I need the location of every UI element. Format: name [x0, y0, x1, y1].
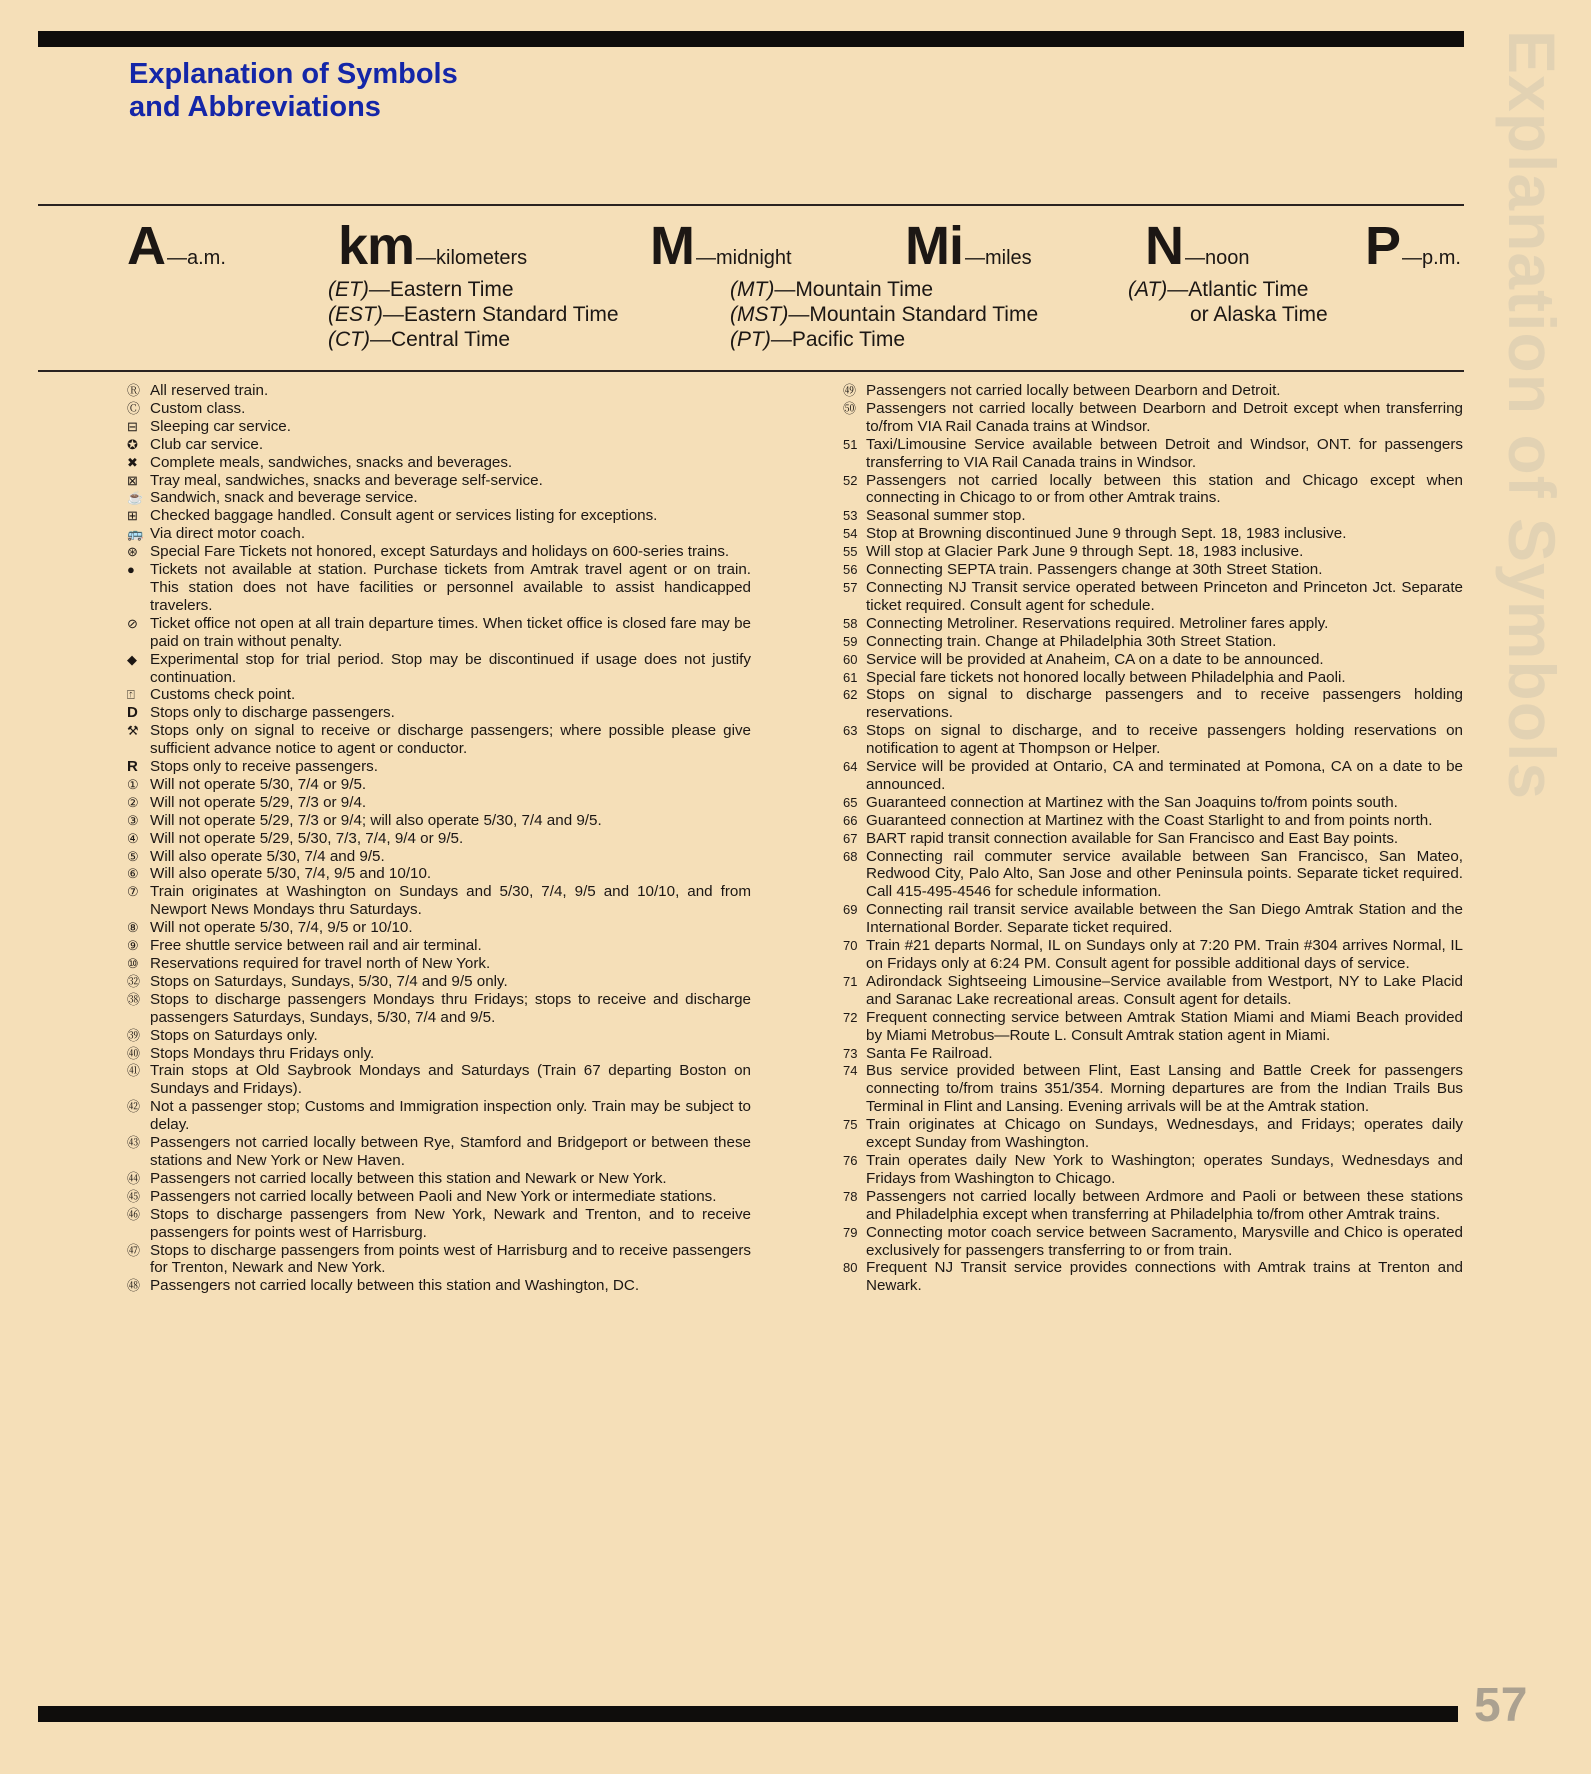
legend-item-text: Adirondack Sightseeing Limousine–Service…: [866, 973, 1463, 1009]
reserved-train-icon: Ⓡ: [127, 382, 150, 400]
legend-item: 51Taxi/Limousine Service available betwe…: [843, 436, 1463, 472]
legend-item: 68Connecting rail commuter service avail…: [843, 848, 1463, 902]
legend-item-text: Will not operate 5/29, 7/3 or 9/4.: [150, 794, 751, 812]
legend-item: ㊻Stops to discharge passengers from New …: [127, 1206, 751, 1242]
tz-ct: (CT)—Central Time: [328, 327, 619, 352]
legend-item-text: Stops to discharge passengers from New Y…: [150, 1206, 751, 1242]
legend-item-text: Stops only to receive passengers.: [150, 758, 751, 776]
legend-item: ⑦Train originates at Washington on Sunda…: [127, 883, 751, 919]
legend-item: 59Connecting train. Change at Philadelph…: [843, 633, 1463, 651]
legend-item-text: Connecting SEPTA train. Passengers chang…: [866, 561, 1463, 579]
legend-item: 71Adirondack Sightseeing Limousine–Servi…: [843, 973, 1463, 1009]
abbr-am: A —a.m.: [127, 218, 226, 274]
legend-item: ②Will not operate 5/29, 7/3 or 9/4.: [127, 794, 751, 812]
snack-cup-icon: ☕: [127, 489, 150, 507]
legend-item-text: Will not operate 5/30, 7/4, 9/5 or 10/10…: [150, 919, 751, 937]
note-63-icon: 63: [843, 722, 866, 758]
legend-item: ⊠Tray meal, sandwiches, snacks and bever…: [127, 472, 751, 490]
note-52-icon: 52: [843, 472, 866, 508]
legend-item: 58Connecting Metroliner. Reservations re…: [843, 615, 1463, 633]
note-48-icon: ㊽: [127, 1277, 150, 1295]
note-65-icon: 65: [843, 794, 866, 812]
legend-item: ⊟Sleeping car service.: [127, 418, 751, 436]
note-67-icon: 67: [843, 830, 866, 848]
legend-item: 66Guaranteed connection at Martinez with…: [843, 812, 1463, 830]
legend-item-text: Stop at Browning discontinued June 9 thr…: [866, 525, 1463, 543]
legend-item: 🚌Via direct motor coach.: [127, 525, 751, 543]
legend-item-text: Guaranteed connection at Martinez with t…: [866, 812, 1463, 830]
legend-item-text: Will not operate 5/29, 5/30, 7/3, 7/4, 9…: [150, 830, 751, 848]
legend-item-text: Train originates at Washington on Sunday…: [150, 883, 751, 919]
tz-mt: (MT)—Mountain Time: [730, 277, 1038, 302]
note-62-icon: 62: [843, 686, 866, 722]
top-rule-bar: [38, 31, 1464, 47]
legend-item-text: Sleeping car service.: [150, 418, 751, 436]
note-45-icon: ㊺: [127, 1188, 150, 1206]
ticket-office-icon: ⊘: [127, 615, 150, 651]
divider-bottom: [38, 370, 1464, 372]
abbr-meaning: —midnight: [696, 247, 792, 270]
legend-item: ①Will not operate 5/30, 7/4 or 9/5.: [127, 776, 751, 794]
note-42-icon: ㊷: [127, 1098, 150, 1134]
flag-stop-icon: ⚒: [127, 722, 150, 758]
abbr-symbol: A: [127, 218, 165, 274]
time-zones-atlantic-alaska: (AT)—Atlantic Time or Alaska Time: [1128, 277, 1328, 327]
custom-class-icon: Ⓒ: [127, 400, 150, 418]
note-73-icon: 73: [843, 1045, 866, 1063]
legend-item: ㊽Passengers not carried locally between …: [127, 1277, 751, 1295]
note-71-icon: 71: [843, 973, 866, 1009]
note-9-icon: ⑨: [127, 937, 150, 955]
note-1-icon: ①: [127, 776, 150, 794]
note-72-icon: 72: [843, 1009, 866, 1045]
legend-item-text: Complete meals, sandwiches, snacks and b…: [150, 454, 751, 472]
legend-item-text: Stops only on signal to receive or disch…: [150, 722, 751, 758]
letter-d-icon: D: [127, 704, 150, 722]
note-41-icon: ㊶: [127, 1062, 150, 1098]
symbols-list-right: ㊾Passengers not carried locally between …: [843, 382, 1463, 1295]
legend-item-text: Connecting rail commuter service availab…: [866, 848, 1463, 902]
legend-item-text: Will also operate 5/30, 7/4 and 9/5.: [150, 848, 751, 866]
abbr-midnight: M —midnight: [650, 218, 792, 274]
note-10-icon: ⑩: [127, 955, 150, 973]
legend-item: 56Connecting SEPTA train. Passengers cha…: [843, 561, 1463, 579]
abbr-miles: Mi —miles: [905, 218, 1032, 274]
note-44-icon: ㊹: [127, 1170, 150, 1188]
legend-item: ⍐Customs check point.: [127, 686, 751, 704]
legend-item-text: Passengers not carried locally between t…: [150, 1170, 751, 1188]
legend-item: ㉜Stops on Saturdays, Sundays, 5/30, 7/4 …: [127, 973, 751, 991]
legend-item: 69Connecting rail transit service availa…: [843, 901, 1463, 937]
legend-item: 62Stops on signal to discharge passenger…: [843, 686, 1463, 722]
note-46-icon: ㊻: [127, 1206, 150, 1242]
legend-item-text: Will stop at Glacier Park June 9 through…: [866, 543, 1463, 561]
legend-item-text: Stops to discharge passengers from point…: [150, 1242, 751, 1278]
side-title-watermark: Explanation of Symbols: [1490, 30, 1570, 910]
note-32-icon: ㉜: [127, 973, 150, 991]
note-68-icon: 68: [843, 848, 866, 902]
legend-item: ✪Club car service.: [127, 436, 751, 454]
motor-coach-icon: 🚌: [127, 525, 150, 543]
legend-item-text: Will not operate 5/30, 7/4 or 9/5.: [150, 776, 751, 794]
note-70-icon: 70: [843, 937, 866, 973]
note-60-icon: 60: [843, 651, 866, 669]
time-zones-eastern-central: (ET)—Eastern Time (EST)—Eastern Standard…: [328, 277, 619, 352]
note-55-icon: 55: [843, 543, 866, 561]
abbr-symbol: P: [1365, 218, 1400, 274]
legend-item: 54Stop at Browning discontinued June 9 t…: [843, 525, 1463, 543]
abbr-meaning: —miles: [965, 247, 1032, 270]
legend-item-text: BART rapid transit connection available …: [866, 830, 1463, 848]
legend-item-text: Passengers not carried locally between t…: [150, 1277, 751, 1295]
legend-item: 52Passengers not carried locally between…: [843, 472, 1463, 508]
note-43-icon: ㊸: [127, 1134, 150, 1170]
note-7-icon: ⑦: [127, 883, 150, 919]
note-74-icon: 74: [843, 1062, 866, 1116]
legend-item-text: All reserved train.: [150, 382, 751, 400]
legend-item: ⓇAll reserved train.: [127, 382, 751, 400]
legend-item-text: Bus service provided between Flint, East…: [866, 1062, 1463, 1116]
legend-item: 65Guaranteed connection at Martinez with…: [843, 794, 1463, 812]
legend-item-text: Passengers not carried locally between R…: [150, 1134, 751, 1170]
bottom-rule-bar: [38, 1706, 1458, 1722]
note-61-icon: 61: [843, 669, 866, 687]
club-car-icon: ✪: [127, 436, 150, 454]
tray-meal-icon: ⊠: [127, 472, 150, 490]
legend-item-text: Stops on signal to discharge, and to rec…: [866, 722, 1463, 758]
abbr-symbol: N: [1145, 218, 1183, 274]
abbr-km: km —kilometers: [338, 218, 527, 274]
legend-item-text: Passengers not carried locally between D…: [866, 382, 1463, 400]
legend-item-text: Stops on Saturdays only.: [150, 1027, 751, 1045]
legend-item-text: Connecting motor coach service between S…: [866, 1224, 1463, 1260]
legend-item: 80Frequent NJ Transit service provides c…: [843, 1259, 1463, 1295]
legend-item: ④Will not operate 5/29, 5/30, 7/3, 7/4, …: [127, 830, 751, 848]
abbr-noon: N —noon: [1145, 218, 1250, 274]
abbr-symbol: M: [650, 218, 694, 274]
legend-item: ⊞Checked baggage handled. Consult agent …: [127, 507, 751, 525]
note-56-icon: 56: [843, 561, 866, 579]
note-79-icon: 79: [843, 1224, 866, 1260]
legend-item-text: Free shuttle service between rail and ai…: [150, 937, 751, 955]
legend-item: ㊾Passengers not carried locally between …: [843, 382, 1463, 400]
legend-item: DStops only to discharge passengers.: [127, 704, 751, 722]
legend-item-text: Frequent connecting service between Amtr…: [866, 1009, 1463, 1045]
legend-item: 72Frequent connecting service between Am…: [843, 1009, 1463, 1045]
letter-r-icon: R: [127, 758, 150, 776]
note-53-icon: 53: [843, 507, 866, 525]
abbr-meaning: —p.m.: [1402, 247, 1461, 270]
legend-item-text: Service will be provided at Ontario, CA …: [866, 758, 1463, 794]
legend-item: ☕Sandwich, snack and beverage service.: [127, 489, 751, 507]
note-50-icon: ㊿: [843, 400, 866, 436]
legend-item-text: Via direct motor coach.: [150, 525, 751, 543]
legend-item-text: Passengers not carried locally between D…: [866, 400, 1463, 436]
abbr-meaning: —a.m.: [167, 247, 226, 270]
page-number: 57: [1474, 1678, 1527, 1733]
note-8-icon: ⑧: [127, 919, 150, 937]
legend-item-text: Connecting NJ Transit service operated b…: [866, 579, 1463, 615]
note-38-icon: ㊳: [127, 991, 150, 1027]
legend-item: ⚒Stops only on signal to receive or disc…: [127, 722, 751, 758]
legend-item: ⑨Free shuttle service between rail and a…: [127, 937, 751, 955]
note-69-icon: 69: [843, 901, 866, 937]
legend-item: 61Special fare tickets not honored local…: [843, 669, 1463, 687]
bullet-icon: ●: [127, 561, 150, 615]
legend-item: 74Bus service provided between Flint, Ea…: [843, 1062, 1463, 1116]
legend-item: 70Train #21 departs Normal, IL on Sunday…: [843, 937, 1463, 973]
legend-item: ◆Experimental stop for trial period. Sto…: [127, 651, 751, 687]
legend-item: 60Service will be provided at Anaheim, C…: [843, 651, 1463, 669]
tz-mst: (MST)—Mountain Standard Time: [730, 302, 1038, 327]
baggage-icon: ⊞: [127, 507, 150, 525]
legend-item: 75Train originates at Chicago on Sundays…: [843, 1116, 1463, 1152]
legend-item-text: Stops on Saturdays, Sundays, 5/30, 7/4 a…: [150, 973, 751, 991]
legend-item: ③Will not operate 5/29, 7/3 or 9/4; will…: [127, 812, 751, 830]
note-4-icon: ④: [127, 830, 150, 848]
legend-item-text: Train originates at Chicago on Sundays, …: [866, 1116, 1463, 1152]
note-78-icon: 78: [843, 1188, 866, 1224]
legend-item-text: Checked baggage handled. Consult agent o…: [150, 507, 751, 525]
time-zones-mountain-pacific: (MT)—Mountain Time (MST)—Mountain Standa…: [730, 277, 1038, 352]
note-40-icon: ㊵: [127, 1045, 150, 1063]
legend-item: ㊿Passengers not carried locally between …: [843, 400, 1463, 436]
legend-item: ㊶Train stops at Old Saybrook Mondays and…: [127, 1062, 751, 1098]
abbr-symbol: Mi: [905, 218, 963, 274]
legend-item: ㊸Passengers not carried locally between …: [127, 1134, 751, 1170]
legend-item: ㊺Passengers not carried locally between …: [127, 1188, 751, 1206]
special-fare-icon: ⊛: [127, 543, 150, 561]
legend-item-text: Passengers not carried locally between P…: [150, 1188, 751, 1206]
legend-item: ㊷Not a passenger stop; Customs and Immig…: [127, 1098, 751, 1134]
page-title-line-2: and Abbreviations: [129, 91, 458, 124]
legend-item-text: Reservations required for travel north o…: [150, 955, 751, 973]
legend-item-text: Ticket office not open at all train depa…: [150, 615, 751, 651]
legend-item-text: Train #21 departs Normal, IL on Sundays …: [866, 937, 1463, 973]
note-6-icon: ⑥: [127, 865, 150, 883]
note-64-icon: 64: [843, 758, 866, 794]
legend-item: 55Will stop at Glacier Park June 9 throu…: [843, 543, 1463, 561]
note-58-icon: 58: [843, 615, 866, 633]
note-51-icon: 51: [843, 436, 866, 472]
legend-item: 73Santa Fe Railroad.: [843, 1045, 1463, 1063]
abbr-symbol: km: [338, 218, 414, 274]
legend-item: ●Tickets not available at station. Purch…: [127, 561, 751, 615]
legend-item-text: Customs check point.: [150, 686, 751, 704]
diamond-icon: ◆: [127, 651, 150, 687]
legend-item: ⑥Will also operate 5/30, 7/4, 9/5 and 10…: [127, 865, 751, 883]
legend-item-text: Club car service.: [150, 436, 751, 454]
legend-item-text: Experimental stop for trial period. Stop…: [150, 651, 751, 687]
note-3-icon: ③: [127, 812, 150, 830]
legend-item: ㊴Stops on Saturdays only.: [127, 1027, 751, 1045]
legend-item: 53Seasonal summer stop.: [843, 507, 1463, 525]
note-59-icon: 59: [843, 633, 866, 651]
legend-item: ⊛Special Fare Tickets not honored, excep…: [127, 543, 751, 561]
abbr-pm: P —p.m.: [1365, 218, 1461, 274]
legend-item: ⊘Ticket office not open at all train dep…: [127, 615, 751, 651]
note-47-icon: ㊼: [127, 1242, 150, 1278]
legend-item-text: Connecting Metroliner. Reservations requ…: [866, 615, 1463, 633]
legend-item-text: Train operates daily New York to Washing…: [866, 1152, 1463, 1188]
legend-item: 78Passengers not carried locally between…: [843, 1188, 1463, 1224]
legend-item-text: Service will be provided at Anaheim, CA …: [866, 651, 1463, 669]
legend-item-text: Taxi/Limousine Service available between…: [866, 436, 1463, 472]
note-75-icon: 75: [843, 1116, 866, 1152]
legend-item-text: Sandwich, snack and beverage service.: [150, 489, 751, 507]
legend-item-text: Special Fare Tickets not honored, except…: [150, 543, 751, 561]
note-66-icon: 66: [843, 812, 866, 830]
legend-item: ✖Complete meals, sandwiches, snacks and …: [127, 454, 751, 472]
abbr-meaning: —kilometers: [416, 247, 527, 270]
legend-item-text: Guaranteed connection at Martinez with t…: [866, 794, 1463, 812]
legend-item: 67BART rapid transit connection availabl…: [843, 830, 1463, 848]
page-title-line-1: Explanation of Symbols: [129, 58, 458, 91]
legend-item: ㊹Passengers not carried locally between …: [127, 1170, 751, 1188]
legend-item-text: Santa Fe Railroad.: [866, 1045, 1463, 1063]
note-57-icon: 57: [843, 579, 866, 615]
abbr-meaning: —noon: [1185, 247, 1250, 270]
legend-item: 57Connecting NJ Transit service operated…: [843, 579, 1463, 615]
legend-item-text: Connecting train. Change at Philadelphia…: [866, 633, 1463, 651]
tz-at: (AT)—Atlantic Time: [1128, 277, 1328, 302]
legend-item-text: Will not operate 5/29, 7/3 or 9/4; will …: [150, 812, 751, 830]
legend-item-text: Custom class.: [150, 400, 751, 418]
legend-item: ㊼Stops to discharge passengers from poin…: [127, 1242, 751, 1278]
legend-item-text: Special fare tickets not honored locally…: [866, 669, 1463, 687]
note-54-icon: 54: [843, 525, 866, 543]
legend-item-text: Tray meal, sandwiches, snacks and bevera…: [150, 472, 751, 490]
legend-item: ㊵Stops Mondays thru Fridays only.: [127, 1045, 751, 1063]
legend-item: ⑩Reservations required for travel north …: [127, 955, 751, 973]
note-49-icon: ㊾: [843, 382, 866, 400]
legend-item-text: Frequent NJ Transit service provides con…: [866, 1259, 1463, 1295]
legend-item-text: Passengers not carried locally between A…: [866, 1188, 1463, 1224]
meals-icon: ✖: [127, 454, 150, 472]
legend-item-text: Tickets not available at station. Purcha…: [150, 561, 751, 615]
note-76-icon: 76: [843, 1152, 866, 1188]
sleeping-car-icon: ⊟: [127, 418, 150, 436]
legend-item: 63Stops on signal to discharge, and to r…: [843, 722, 1463, 758]
legend-item: ㊳Stops to discharge passengers Mondays t…: [127, 991, 751, 1027]
legend-item: ⑧Will not operate 5/30, 7/4, 9/5 or 10/1…: [127, 919, 751, 937]
note-80-icon: 80: [843, 1259, 866, 1295]
legend-item: 64Service will be provided at Ontario, C…: [843, 758, 1463, 794]
legend-item-text: Stops only to discharge passengers.: [150, 704, 751, 722]
legend-item-text: Passengers not carried locally between t…: [866, 472, 1463, 508]
legend-item-text: Stops to discharge passengers Mondays th…: [150, 991, 751, 1027]
tz-et: (ET)—Eastern Time: [328, 277, 619, 302]
legend-item: RStops only to receive passengers.: [127, 758, 751, 776]
legend-item: ⒸCustom class.: [127, 400, 751, 418]
tz-akt: or Alaska Time: [1128, 302, 1328, 327]
legend-item-text: Seasonal summer stop.: [866, 507, 1463, 525]
note-2-icon: ②: [127, 794, 150, 812]
note-5-icon: ⑤: [127, 848, 150, 866]
page-title: Explanation of Symbols and Abbreviations: [129, 58, 458, 124]
note-39-icon: ㊴: [127, 1027, 150, 1045]
legend-item: ⑤Will also operate 5/30, 7/4 and 9/5.: [127, 848, 751, 866]
legend-item-text: Not a passenger stop; Customs and Immigr…: [150, 1098, 751, 1134]
legend-item: 79Connecting motor coach service between…: [843, 1224, 1463, 1260]
tz-est: (EST)—Eastern Standard Time: [328, 302, 619, 327]
legend-item-text: Stops Mondays thru Fridays only.: [150, 1045, 751, 1063]
customs-icon: ⍐: [127, 686, 150, 704]
legend-item: 76Train operates daily New York to Washi…: [843, 1152, 1463, 1188]
legend-item-text: Will also operate 5/30, 7/4, 9/5 and 10/…: [150, 865, 751, 883]
legend-item-text: Connecting rail transit service availabl…: [866, 901, 1463, 937]
divider-top: [38, 204, 1464, 206]
legend-item-text: Stops on signal to discharge passengers …: [866, 686, 1463, 722]
symbols-list-left: ⓇAll reserved train.ⒸCustom class.⊟Sleep…: [127, 382, 751, 1295]
legend-item-text: Train stops at Old Saybrook Mondays and …: [150, 1062, 751, 1098]
tz-pt: (PT)—Pacific Time: [730, 327, 1038, 352]
